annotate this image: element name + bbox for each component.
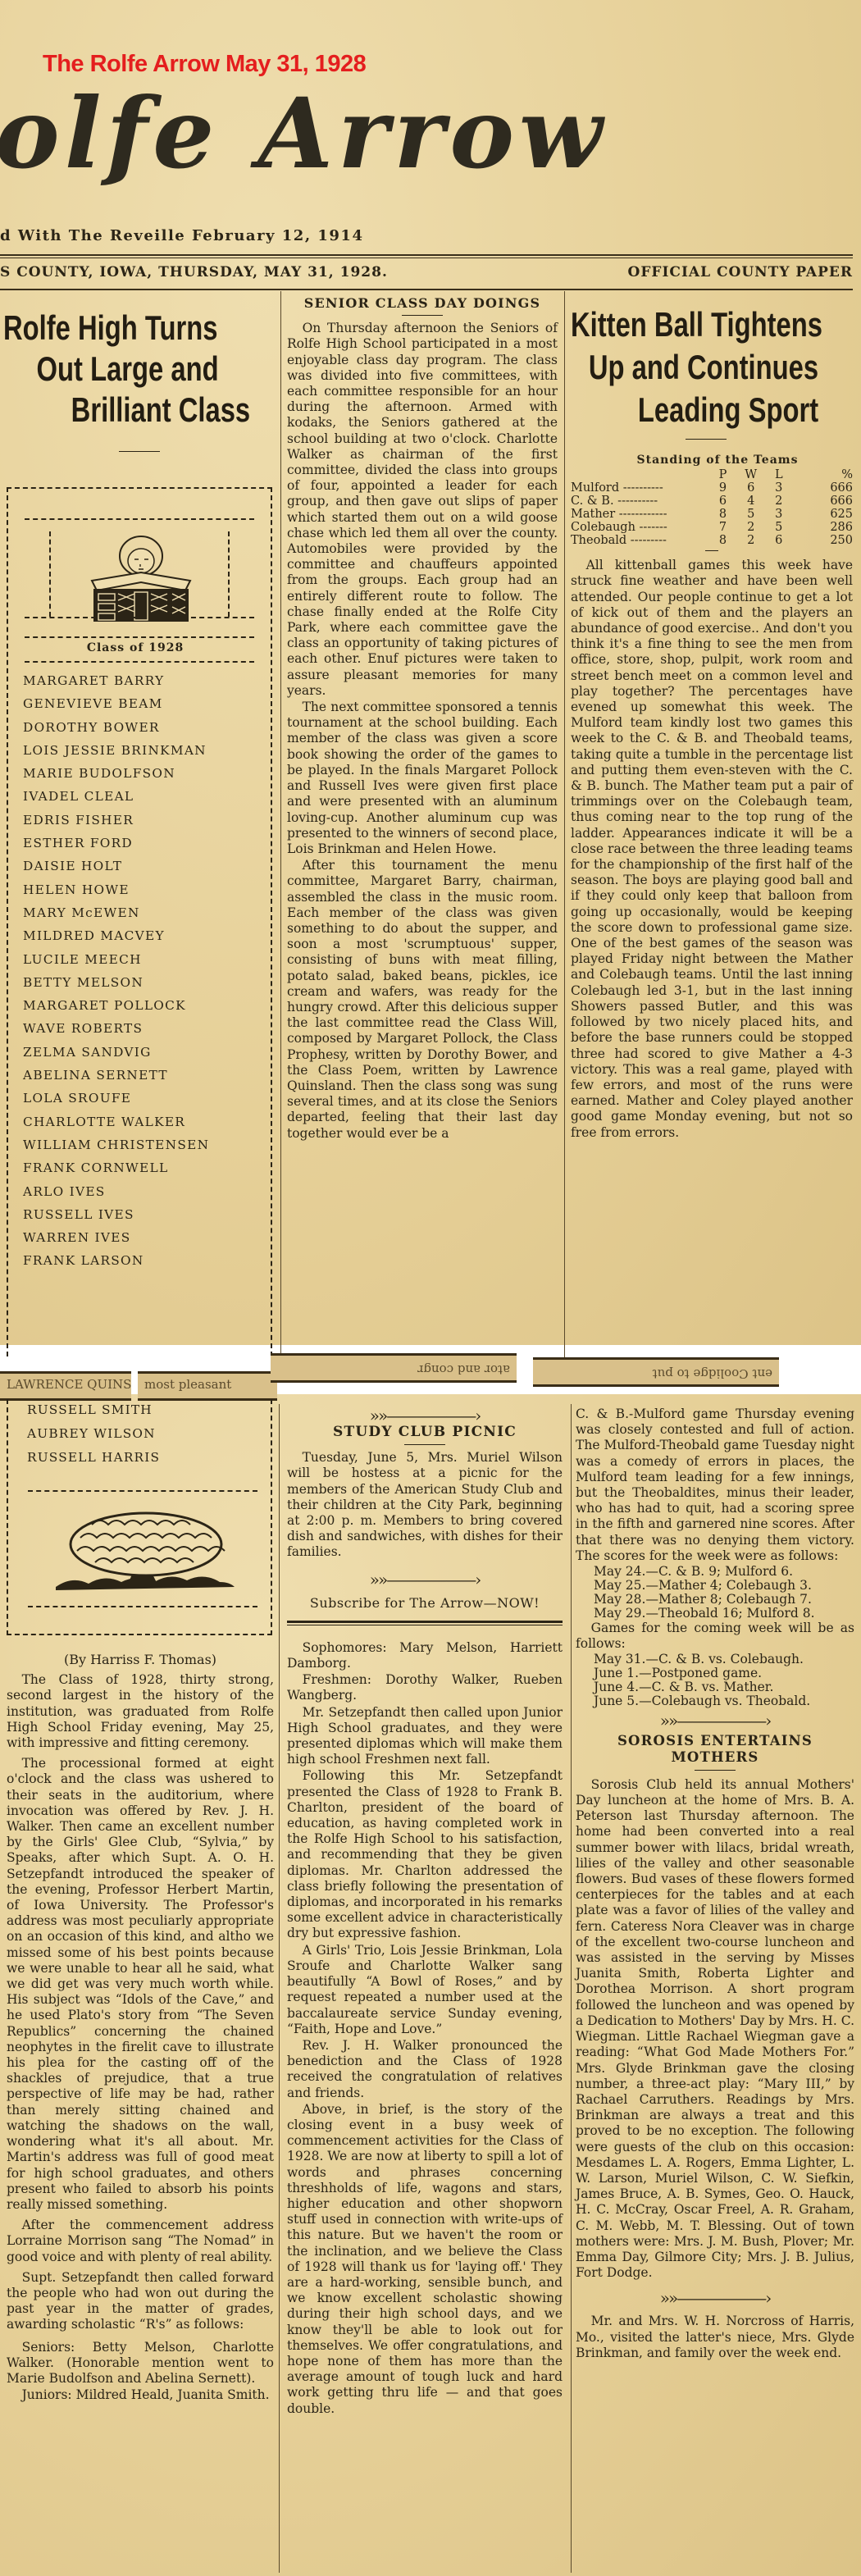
graduate-name: WARREN IVES (23, 1226, 209, 1249)
standings-row: C. & B. ----------642666 (571, 495, 853, 508)
sorosis-body: Sorosis Club held its annual Mothers' Da… (576, 1777, 854, 2282)
schedule-intro: Games for the coming week will be as fol… (576, 1621, 854, 1652)
games-played: 8 (712, 508, 734, 521)
games-won: 2 (734, 521, 768, 534)
article-paragraph: After this tournament the menu committee… (287, 858, 558, 1142)
article-paragraph: The Class of 1928, thirty strong, second… (7, 1672, 274, 1751)
article-paragraph: Seniors: Betty Melson, Charlotte Walker.… (7, 2340, 274, 2387)
games-played: 8 (712, 534, 734, 547)
graduate-name: MARIE BUDOLFSON (23, 762, 209, 785)
games-lost: 3 (768, 508, 790, 521)
graduate-name: DOROTHY BOWER (23, 716, 209, 739)
graduate-name: MARGARET POLLOCK (23, 994, 209, 1017)
games-lost: 2 (768, 495, 790, 508)
graduate-name: LOLA SROUFE (23, 1087, 209, 1110)
schedule-line: May 31.—C. & B. vs. Colebaugh. (594, 1653, 854, 1666)
torn-strip: most pleasant (138, 1371, 277, 1401)
senior-class-day-title: SENIOR CLASS DAY DOINGS (287, 295, 558, 311)
column-divider (279, 1404, 280, 2573)
team-name: Mulford ---------- (571, 481, 712, 495)
graduate-name: FRANK CORNWELL (23, 1156, 209, 1179)
score-line: May 29.—Theobald 16; Mulford 8. (594, 1607, 854, 1621)
games-played: 9 (712, 481, 734, 495)
schedule-line: June 5.—Colebaugh vs. Theobald. (594, 1694, 854, 1708)
headline-rule (686, 439, 727, 440)
schedule-line: June 1.—Postponed game. (594, 1666, 854, 1680)
article-paragraph: Sophomores: Mary Melson, Harriett Dambor… (287, 1640, 563, 1671)
kitten-ball-headline: Kitten Ball Tightens Up and Continues Le… (571, 303, 822, 431)
games-won: 4 (734, 495, 768, 508)
games-played: 7 (712, 521, 734, 534)
graduate-name: RUSSELL HARRIS (27, 1446, 160, 1470)
graduate-name: MARGARET BARRY (23, 669, 209, 692)
team-name: Theobald --------- (571, 534, 712, 547)
ornament-bar (49, 531, 51, 617)
graduate-name: WILLIAM CHRISTENSEN (23, 1133, 209, 1156)
section-rule (287, 1621, 563, 1625)
article-paragraph: A Girls' Trio, Lois Jessie Brinkman, Lol… (287, 1943, 563, 2037)
right-bottom-column: C. & B.-Mulford game Thursday evening wa… (576, 1407, 854, 2362)
article-paragraph: Following this Mr. Setzepfandt presented… (287, 1768, 563, 1941)
graduate-name: WAVE ROBERTS (23, 1017, 209, 1040)
ornament-rule (25, 661, 254, 663)
ornament-bar (228, 531, 230, 617)
title-rule (402, 315, 443, 316)
article-paragraph: The next committee sponsored a tennis to… (287, 700, 558, 857)
article-paragraph: Above, in brief, is the story of the clo… (287, 2102, 563, 2417)
graduate-name: LOIS JESSIE BRINKMAN (23, 739, 209, 762)
win-percentage: 250 (790, 534, 853, 547)
torn-strip-upside-down: ator and congr (271, 1353, 517, 1383)
study-club-body: Tuesday, June 5, Mrs. Muriel Wilson will… (287, 1450, 563, 1560)
graduation-headline: Rolfe High Turns Out Large and Brilliant… (3, 308, 250, 431)
ornament-rule (25, 617, 254, 618)
ornament-rule (25, 636, 254, 638)
graduate-name: BETTY MELSON (23, 971, 209, 994)
win-percentage: 666 (790, 495, 853, 508)
norcross-note: Mr. and Mrs. W. H. Norcross of Harris, M… (576, 2314, 854, 2361)
standings-row: Theobald ---------826250 (571, 534, 853, 547)
graduate-name: EDRIS FISHER (23, 809, 209, 832)
schedule-line: June 4.—C. & B. vs. Mather. (594, 1680, 854, 1694)
graduate-name: GENEVIEVE BEAM (23, 692, 209, 715)
reading-student-illustration-icon (75, 533, 207, 623)
dateline-date: S COUNTY, IOWA, THURSDAY, MAY 31, 1928. (0, 264, 388, 280)
tree-illustration-icon (56, 1505, 236, 1595)
standings-title: Standing of the Teams (571, 453, 853, 468)
title-rule (695, 1770, 736, 1771)
ornament-rule (28, 1606, 257, 1607)
graduate-name: RUSSELL SMITH (27, 1398, 160, 1422)
article-paragraph: Freshmen: Dorothy Walker, Rueben Wangber… (287, 1672, 563, 1703)
article-paragraph: C. & B.-Mulford game Thursday evening wa… (576, 1407, 854, 1564)
graduation-article: (By Harriss F. Thomas) The Class of 1928… (7, 1648, 274, 2404)
arrow-ornament-icon: »»——————› (576, 2289, 854, 2307)
graduate-name: ZELMA SANDVIG (23, 1041, 209, 1064)
standings-header-row: P W L % (571, 468, 853, 481)
graduate-name: IVADEL CLEAL (23, 785, 209, 808)
team-name: C. & B. ---------- (571, 495, 712, 508)
games-lost: 5 (768, 521, 790, 534)
column-divider (564, 291, 565, 1357)
graduate-names-list: MARGARET BARRY GENEVIEVE BEAM DOROTHY BO… (23, 669, 209, 1273)
dateline: S COUNTY, IOWA, THURSDAY, MAY 31, 1928. … (0, 264, 853, 280)
team-name: Mather ------------ (571, 508, 712, 521)
subscribe-notice: Subscribe for The Arrow—NOW! (287, 1595, 563, 1611)
sorosis-title: SOROSIS ENTERTAINS MOTHERS (576, 1733, 854, 1764)
win-percentage: 625 (790, 508, 853, 521)
graduate-name: RUSSELL IVES (23, 1203, 209, 1226)
middle-bottom-column: »»——————› STUDY CLUB PICNIC Tuesday, Jun… (287, 1407, 563, 2418)
header-rule (0, 254, 853, 258)
headline-rule (119, 451, 160, 452)
archive-stamp: The Rolfe Arrow May 31, 1928 (43, 51, 366, 78)
graduate-name: CHARLOTTE WALKER (23, 1110, 209, 1133)
study-club-title: STUDY CLUB PICNIC (287, 1425, 563, 1440)
graduate-name: FRANK LARSON (23, 1249, 209, 1272)
arrow-ornament-icon: »»——————› (287, 1407, 563, 1425)
standings-row: Colebaugh -------725286 (571, 521, 853, 534)
senior-class-day-article: SENIOR CLASS DAY DOINGS On Thursday afte… (287, 295, 558, 1142)
column-divider (571, 1404, 572, 2573)
arrow-ornament-icon: »»——————› (287, 1571, 563, 1589)
dateline-official: OFFICIAL COUNTY PAPER (628, 264, 853, 280)
standings-table: P W L % Mulford ----------963666C. & B. … (571, 468, 853, 547)
weekly-scores-list: May 24.—C. & B. 9; Mulford 6. May 25.—Ma… (576, 1565, 854, 1621)
kitten-ball-article: Standing of the Teams P W L % Mulford --… (571, 453, 853, 1142)
standings-body: Mulford ----------963666C. & B. --------… (571, 481, 853, 547)
win-percentage: 666 (790, 481, 853, 495)
graduate-name: MARY McEWEN (23, 901, 209, 924)
ornament-rule (25, 518, 254, 520)
consolidation-note: d With The Reveille February 12, 1914 (0, 227, 363, 244)
class-of-1928-label: Class of 1928 (0, 641, 271, 654)
torn-strip: LAWRENCE QUINSLAND (0, 1371, 131, 1401)
column-divider (280, 291, 281, 1357)
ornament-rule (28, 1490, 257, 1492)
games-won: 2 (734, 534, 768, 547)
arrow-ornament-icon: »»——————› (576, 1712, 854, 1730)
win-percentage: 286 (790, 521, 853, 534)
article-paragraph: Rev. J. H. Walker pronounced the benedic… (287, 2038, 563, 2101)
article-paragraph: Mr. Setzepfandt then called upon Junior … (287, 1705, 563, 1768)
games-lost: 6 (768, 534, 790, 547)
games-lost: 3 (768, 481, 790, 495)
team-name: Colebaugh ------- (571, 521, 712, 534)
torn-strip-upside-down: ent Coolidge to put (533, 1357, 779, 1387)
article-paragraph: All kittenball games this week have stru… (571, 558, 853, 1141)
article-paragraph: After the commencement address Lorraine … (7, 2218, 274, 2265)
schedule-list: May 31.—C. & B. vs. Colebaugh. June 1.—P… (576, 1653, 854, 1708)
games-played: 6 (712, 495, 734, 508)
article-paragraph: The processional formed at eight o'clock… (7, 1756, 274, 2213)
article-paragraph: On Thursday afternoon the Seniors of Rol… (287, 321, 558, 699)
graduate-name: HELEN HOWE (23, 878, 209, 901)
dateline-rule (0, 289, 853, 290)
graduate-names-list-continued: RUSSELL SMITH AUBREY WILSON RUSSELL HARR… (27, 1398, 160, 1470)
standings-row: Mulford ----------963666 (571, 481, 853, 495)
title-rule (404, 1444, 445, 1445)
graduate-name: ABELINA SERNETT (23, 1064, 209, 1087)
article-paragraph: Supt. Setzepfandt then called forward th… (7, 2270, 274, 2333)
graduate-name: ESTHER FORD (23, 832, 209, 855)
divider (705, 550, 718, 551)
article-paragraph: Juniors: Mildred Heald, Juanita Smith. (7, 2387, 274, 2403)
graduate-name: MILDRED MACVEY (23, 924, 209, 947)
games-won: 5 (734, 508, 768, 521)
standings-row: Mather ------------853625 (571, 508, 853, 521)
graduate-name: LUCILE MEECH (23, 948, 209, 971)
score-line: May 24.—C. & B. 9; Mulford 6. (594, 1565, 854, 1579)
graduate-name: AUBREY WILSON (27, 1422, 160, 1446)
masthead-title: olfe Arrow (0, 85, 608, 182)
graduate-name: DAISIE HOLT (23, 855, 209, 878)
graduate-name: ARLO IVES (23, 1180, 209, 1203)
score-line: May 25.—Mather 4; Colebaugh 3. (594, 1579, 854, 1593)
games-won: 6 (734, 481, 768, 495)
score-line: May 28.—Mather 8; Colebaugh 7. (594, 1593, 854, 1607)
byline: (By Harriss F. Thomas) (7, 1652, 274, 1667)
